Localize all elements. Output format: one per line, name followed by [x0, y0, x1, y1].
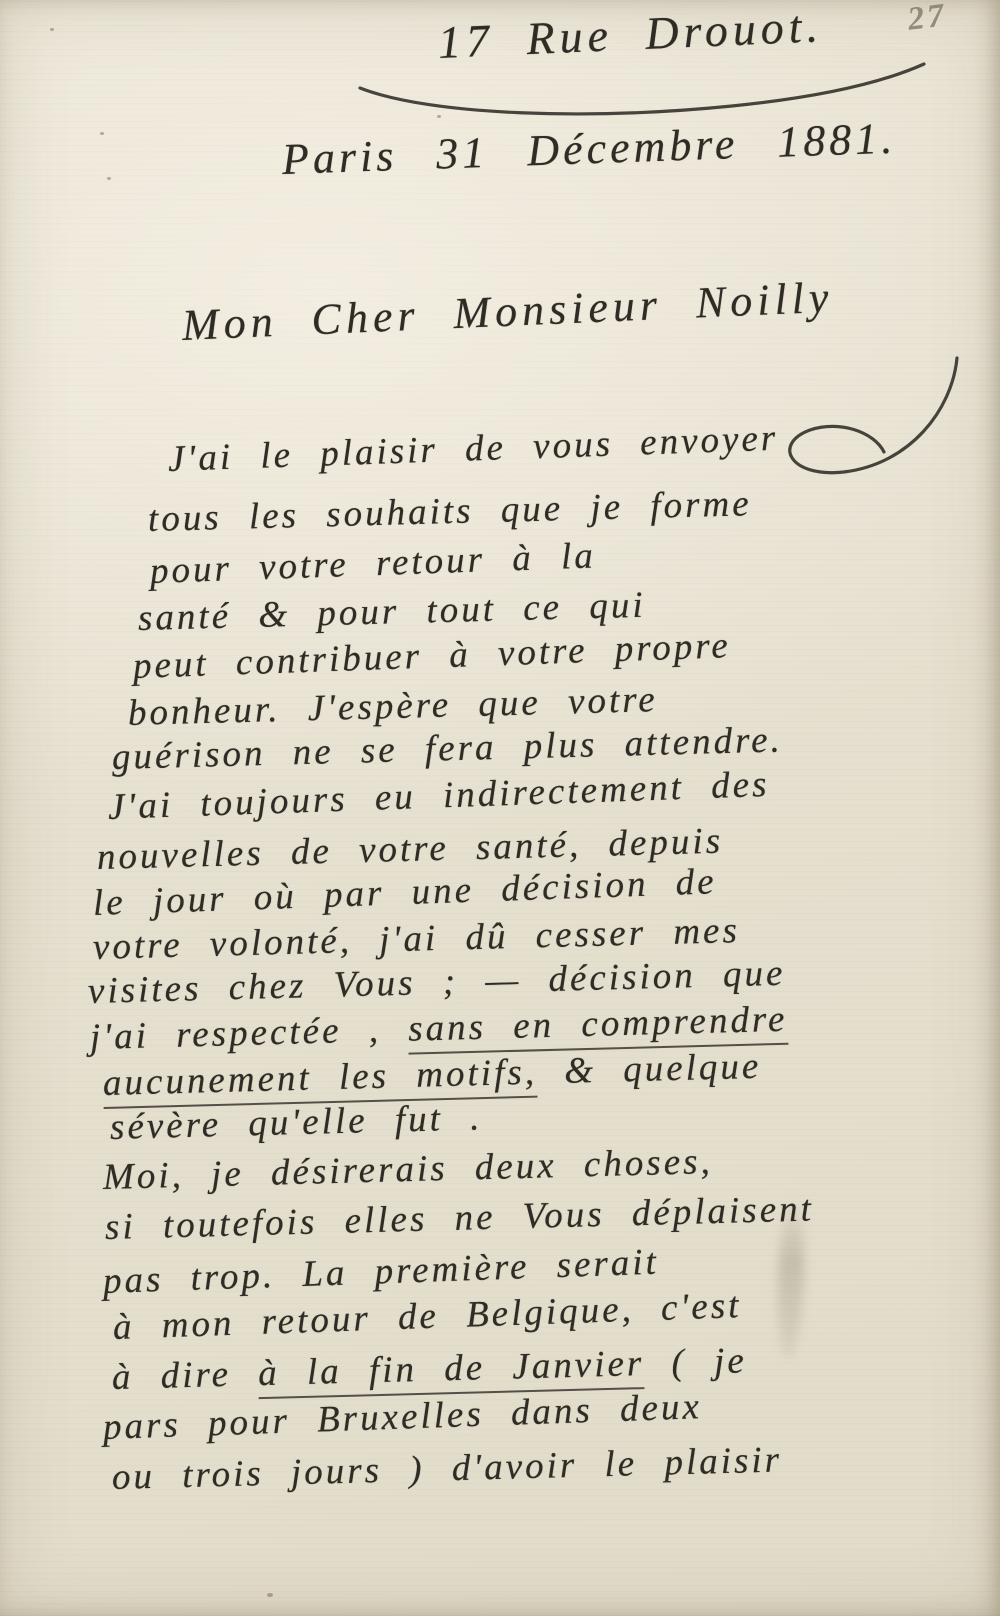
paper-speck — [50, 28, 54, 31]
salutation-flourish — [752, 352, 967, 487]
archive-number: 27 — [906, 0, 949, 39]
body-line-22: ou trois jours ) d'avoir le plaisir — [111, 1438, 782, 1499]
body-line-1: J'ai le plaisir de vous envoyer — [167, 417, 779, 481]
body-line-2: tous les souhaits que je forme — [147, 482, 752, 541]
line-text: & quelque — [536, 1046, 761, 1093]
salutation: Mon Cher Monsieur Noilly — [181, 272, 834, 351]
letter-page: 27 17 Rue Drouot. Paris 31 Décembre 1881… — [0, 0, 1000, 1616]
body-line-17: si toutefois elles ne Vous déplaisent — [104, 1187, 814, 1249]
line-text: ( je — [644, 1340, 748, 1384]
paper-speck — [267, 1593, 273, 1597]
paper-speck — [107, 177, 111, 180]
body-line-16: Moi, je désirerais deux choses, — [102, 1140, 713, 1199]
line-text: j'ai respectée , — [89, 1009, 408, 1058]
body-line-3: pour votre retour à la — [149, 534, 596, 593]
paper-speck — [100, 132, 104, 135]
body-line-15: sévère qu'elle fut . — [109, 1096, 482, 1149]
line-text: à dire — [111, 1353, 258, 1398]
